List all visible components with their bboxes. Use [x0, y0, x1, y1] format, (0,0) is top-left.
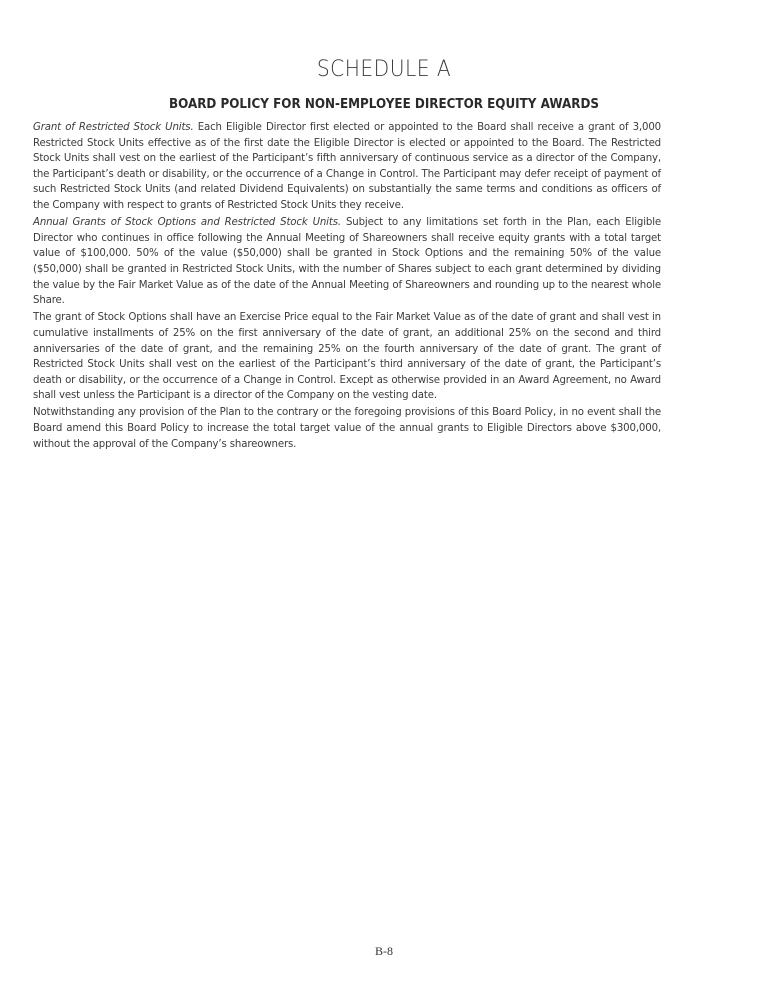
paragraph-restricted-stock-units: Grant of Restricted Stock Units. Each El…	[33, 120, 661, 214]
paragraph-text: Subject to any limitations set forth in …	[33, 217, 661, 306]
paragraph-text: The grant of Stock Options shall have an…	[33, 312, 661, 401]
paragraph-lead: Annual Grants of Stock Options and Restr…	[33, 217, 341, 228]
paragraph-vesting-terms: The grant of Stock Options shall have an…	[33, 310, 661, 404]
paragraph-lead: Grant of Restricted Stock Units.	[33, 122, 194, 133]
document-page: SCHEDULE A BOARD POLICY FOR NON-EMPLOYEE…	[0, 0, 768, 997]
paragraph-text: Each Eligible Director first elected or …	[33, 122, 661, 211]
paragraph-annual-grants: Annual Grants of Stock Options and Restr…	[33, 215, 661, 309]
paragraph-amendment-limit: Notwithstanding any provision of the Pla…	[33, 405, 661, 452]
paragraph-text: Notwithstanding any provision of the Pla…	[33, 407, 661, 449]
schedule-title: SCHEDULE A	[31, 57, 738, 82]
policy-body: Grant of Restricted Stock Units. Each El…	[33, 120, 661, 454]
section-heading: BOARD POLICY FOR NON-EMPLOYEE DIRECTOR E…	[31, 97, 738, 112]
page-number: B-8	[0, 944, 768, 959]
